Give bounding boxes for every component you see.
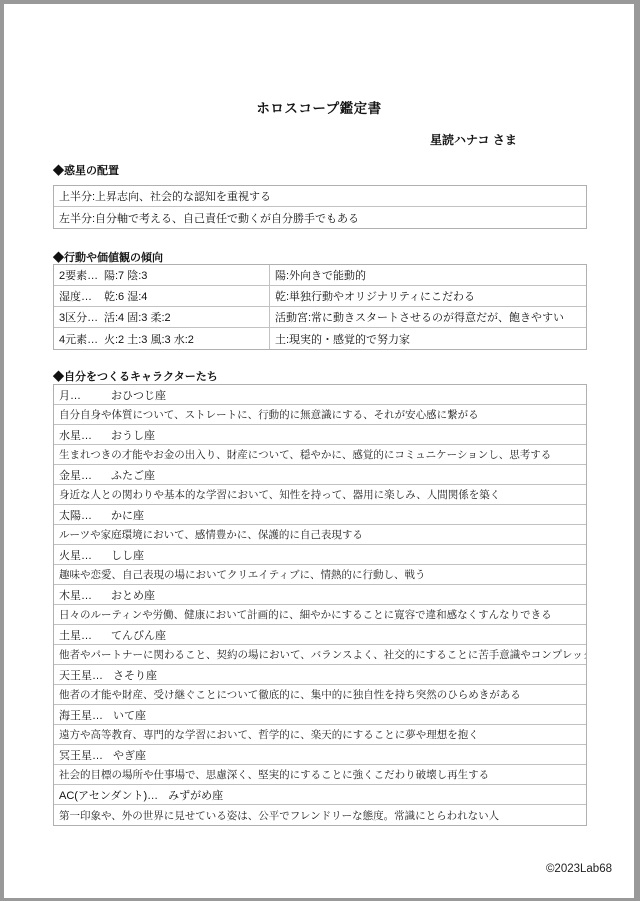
planet-name: AC(アセンダント)… — [59, 787, 158, 803]
character-title-row: 太陽… かに座 — [54, 505, 586, 525]
tendency-cell-left: 2要素… 陽:7 陰:3 — [54, 265, 270, 285]
table-row: 2要素… 陽:7 陰:3 陽:外向きで能動的 — [54, 265, 586, 286]
character-title-row: 火星… しし座 — [54, 545, 586, 565]
planet-name: 天王星… — [59, 667, 103, 683]
tendency-cell-left: 3区分… 活:4 固:3 柔:2 — [54, 307, 270, 327]
section-heading-planet-placement: ◆惑星の配置 — [53, 165, 119, 177]
tendency-label: 3区分… — [59, 309, 104, 325]
character-description-row: 他者やパートナーに関わること、契約の場において、バランスよく、社交的にすることに… — [54, 645, 586, 665]
tendency-cell-right: 乾:単独行動やオリジナリティにこだわる — [270, 286, 586, 306]
character-description-row: ルーツや家庭環境において、感情豊かに、保護的に自己表現する — [54, 525, 586, 545]
character-title-row: 月… おひつじ座 — [54, 385, 586, 405]
zodiac-sign: おうし座 — [111, 427, 155, 443]
character-description-row: 趣味や恋愛、自己表現の場においてクリエイティブに、情熱的に行動し、戦う — [54, 565, 586, 585]
table-row: 上半分:上昇志向、社会的な認知を重視する — [54, 186, 586, 207]
characters-table: 月… おひつじ座 自分自身や体質について、ストレートに、行動的に無意識にする、そ… — [53, 384, 587, 826]
tendency-values: 活:4 固:3 柔:2 — [104, 309, 171, 325]
zodiac-sign: みずがめ座 — [168, 787, 223, 803]
client-name: 星読ハナコ さま — [430, 131, 517, 148]
tendency-values: 火:2 土:3 風:3 水:2 — [104, 331, 194, 347]
zodiac-sign: ふたご座 — [111, 467, 155, 483]
character-description-row: 自分自身や体質について、ストレートに、行動的に無意識にする、それが安心感に繋がる — [54, 405, 586, 425]
character-title-row: 金星… ふたご座 — [54, 465, 586, 485]
character-title-row: AC(アセンダント)… みずがめ座 — [54, 785, 586, 805]
copyright-text: ©2023Lab68 — [546, 863, 612, 875]
zodiac-sign: さそり座 — [113, 667, 157, 683]
planet-name: 月… — [59, 387, 101, 403]
character-title-row: 土星… てんびん座 — [54, 625, 586, 645]
planet-name: 木星… — [59, 587, 101, 603]
table-row: 4元素… 火:2 土:3 風:3 水:2 土:現実的・感覚的で努力家 — [54, 328, 586, 349]
character-description-row: 他者の才能や財産、受け継ぐことについて徹底的に、集中的に独自性を持ち突然のひらめ… — [54, 685, 586, 705]
zodiac-sign: しし座 — [111, 547, 144, 563]
planet-name: 土星… — [59, 627, 101, 643]
table-row: 左半分:自分軸で考える、自己責任で動くが自分勝手でもある — [54, 207, 586, 228]
character-description-row: 社会的目標の場所や仕事場で、思慮深く、堅実的にすることに強くこだわり破壊し再生す… — [54, 765, 586, 785]
tendency-values: 陽:7 陰:3 — [104, 267, 147, 283]
document-background: { "page": { "title": "ホロスコープ鑑定書", "clien… — [0, 0, 640, 901]
character-description-row: 生まれつきの才能やお金の出入り、財産について、穏やかに、感覚的にコミュニケーショ… — [54, 445, 586, 465]
zodiac-sign: かに座 — [111, 507, 144, 523]
tendency-cell-right: 活動宮:常に動きスタートさせるのが得意だが、飽きやすい — [270, 307, 586, 327]
section-heading-behavior-values: ◆行動や価値観の傾向 — [53, 252, 163, 264]
character-title-row: 天王星… さそり座 — [54, 665, 586, 685]
character-description-row: 日々のルーティンや労働、健康において計画的に、細やかにすることに寛容で違和感なく… — [54, 605, 586, 625]
zodiac-sign: いて座 — [113, 707, 146, 723]
tendency-cell-left: 湿度… 乾:6 湿:4 — [54, 286, 270, 306]
zodiac-sign: てんびん座 — [111, 627, 166, 643]
tendency-values: 乾:6 湿:4 — [104, 288, 147, 304]
planet-name: 火星… — [59, 547, 101, 563]
document-page: ホロスコープ鑑定書 星読ハナコ さま ◆惑星の配置 上半分:上昇志向、社会的な認… — [4, 4, 634, 898]
zodiac-sign: やぎ座 — [113, 747, 146, 763]
table-row: 3区分… 活:4 固:3 柔:2 活動宮:常に動きスタートさせるのが得意だが、飽… — [54, 307, 586, 328]
tendency-label: 2要素… — [59, 267, 104, 283]
tendency-label: 4元素… — [59, 331, 104, 347]
planet-name: 太陽… — [59, 507, 101, 523]
tendency-cell-right: 土:現実的・感覚的で努力家 — [270, 328, 586, 349]
character-title-row: 木星… おとめ座 — [54, 585, 586, 605]
character-title-row: 冥王星… やぎ座 — [54, 745, 586, 765]
character-title-row: 海王星… いて座 — [54, 705, 586, 725]
planet-name: 金星… — [59, 467, 101, 483]
zodiac-sign: おひつじ座 — [111, 387, 166, 403]
character-title-row: 水星… おうし座 — [54, 425, 586, 445]
character-description-row: 第一印象や、外の世界に見せている姿は、公平でフレンドリーな態度。常識にとらわれな… — [54, 805, 586, 825]
planet-name: 海王星… — [59, 707, 103, 723]
zodiac-sign: おとめ座 — [111, 587, 155, 603]
tendency-cell-left: 4元素… 火:2 土:3 風:3 水:2 — [54, 328, 270, 349]
document-title: ホロスコープ鑑定書 — [4, 97, 634, 117]
character-description-row: 遠方や高等教育、専門的な学習において、哲学的に、楽天的にすることに夢や理想を抱く — [54, 725, 586, 745]
table-row: 湿度… 乾:6 湿:4 乾:単独行動やオリジナリティにこだわる — [54, 286, 586, 307]
tendency-label: 湿度… — [59, 288, 104, 304]
tendency-cell-right: 陽:外向きで能動的 — [270, 265, 586, 285]
planet-placement-table: 上半分:上昇志向、社会的な認知を重視する 左半分:自分軸で考える、自己責任で動く… — [53, 185, 587, 229]
planet-name: 水星… — [59, 427, 101, 443]
section-heading-characters: ◆自分をつくるキャラクターたち — [53, 371, 218, 383]
planet-name: 冥王星… — [59, 747, 103, 763]
behavior-values-table: 2要素… 陽:7 陰:3 陽:外向きで能動的 湿度… 乾:6 湿:4 乾:単独行… — [53, 264, 587, 350]
character-description-row: 身近な人との関わりや基本的な学習において、知性を持って、器用に楽しみ、人間関係を… — [54, 485, 586, 505]
